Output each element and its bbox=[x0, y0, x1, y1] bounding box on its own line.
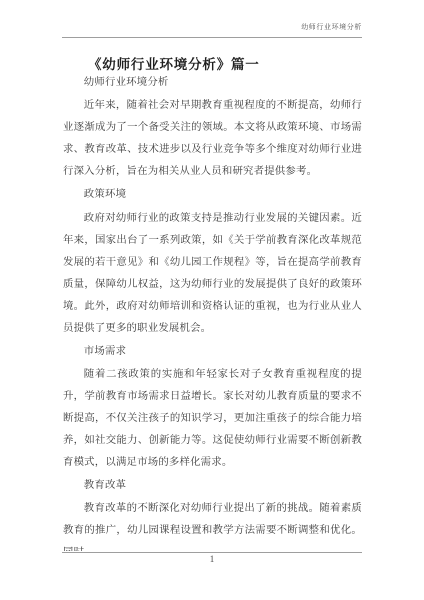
market-paragraph: 随着二孩政策的实施和年轻家长对子女教育重视程度的提升，学前教育市场需求日益增长。… bbox=[63, 364, 362, 474]
section-heading-market: 市场需求 bbox=[63, 341, 362, 363]
footer-divider bbox=[62, 552, 362, 553]
subtitle-line: 幼师行业环境分析 bbox=[63, 72, 362, 94]
header-running-title: 幼师行业环境分析 bbox=[301, 22, 362, 32]
section-heading-policy: 政策环境 bbox=[63, 184, 362, 206]
header-divider bbox=[62, 37, 362, 38]
document-body: 幼师行业环境分析 近年来，随着社会对早期教育重视程度的不断提高，幼师行业逐渐成为… bbox=[63, 72, 362, 551]
intro-paragraph: 近年来，随着社会对早期教育重视程度的不断提高，幼师行业逐渐成为了一个备受关注的领… bbox=[63, 95, 362, 183]
page-number: 1 bbox=[0, 554, 424, 564]
section-heading-education-reform: 教育改革 bbox=[63, 475, 362, 497]
education-reform-paragraph: 教育改革的不断深化对幼师行业提出了新的挑战。随着素质教育的推广，幼儿园课程设置和… bbox=[63, 498, 362, 551]
document-page: 幼师行业环境分析 《幼师行业环境分析》篇一 幼师行业环境分析 近年来，随着社会对… bbox=[0, 0, 424, 600]
document-title: 《幼师行业环境分析》篇一 bbox=[88, 53, 260, 73]
policy-paragraph: 政府对幼师行业的政策支持是推动行业发展的关键因素。近年来，国家出台了一系列政策，… bbox=[63, 208, 362, 340]
